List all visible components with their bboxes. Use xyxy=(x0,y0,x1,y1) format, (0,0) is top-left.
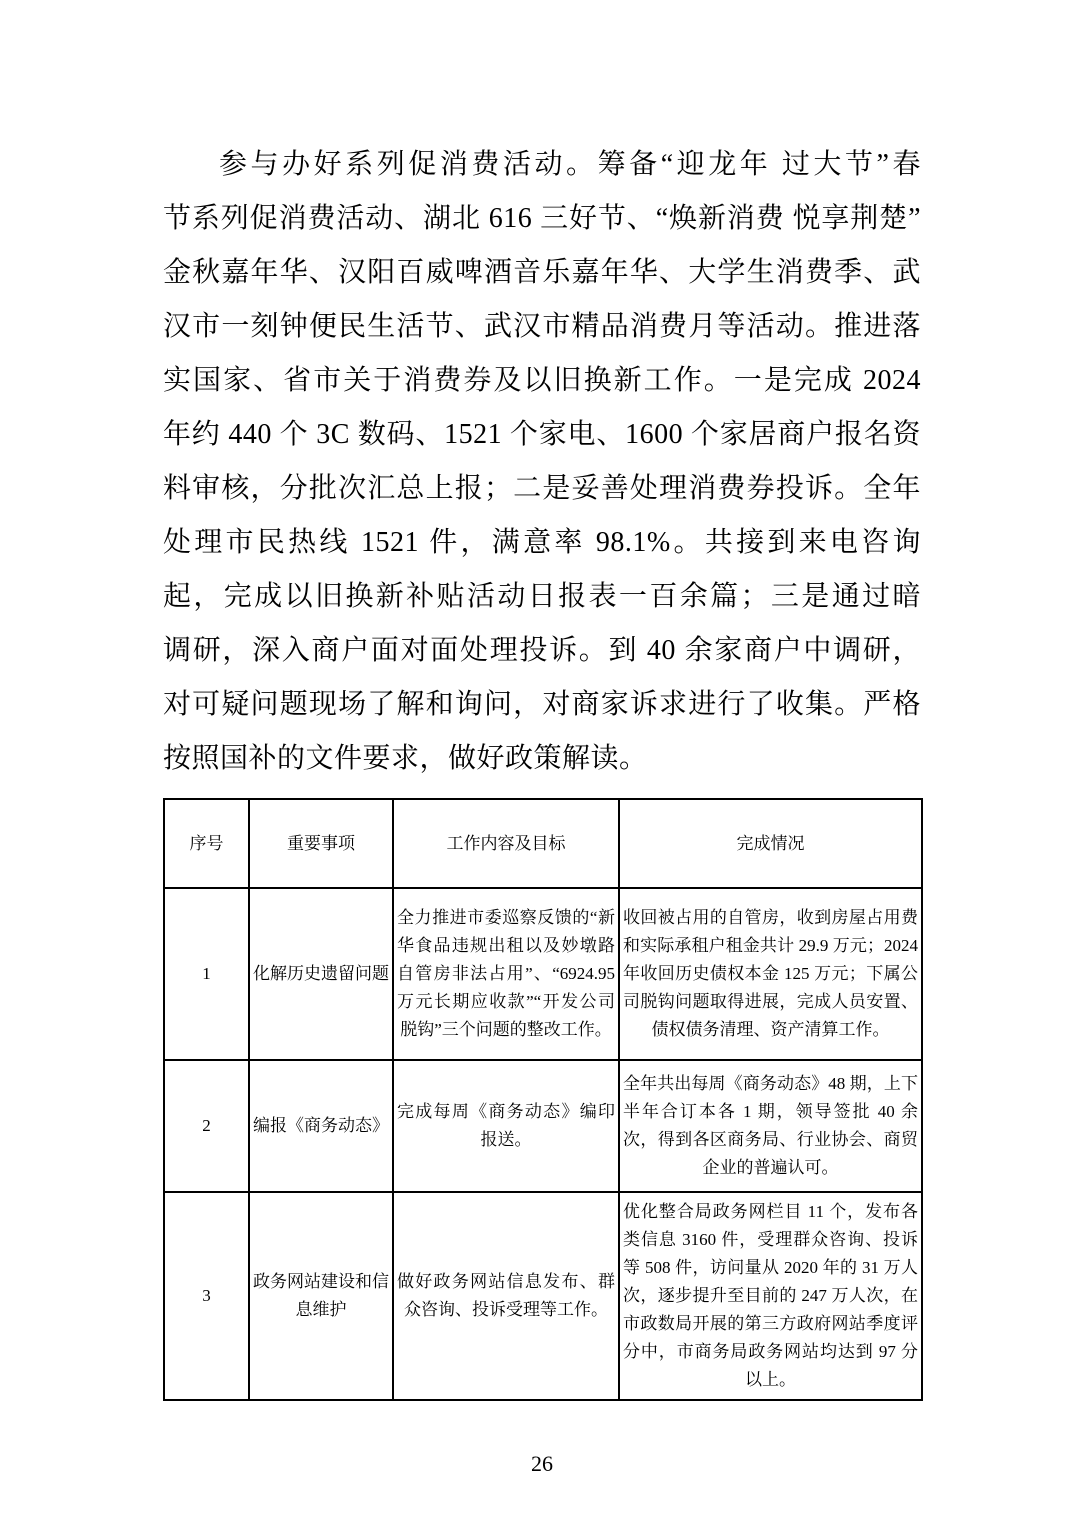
col-header-item: 重要事项 xyxy=(249,799,393,888)
cell-item: 编报《商务动态》 xyxy=(249,1060,393,1192)
cell-item: 化解历史遗留问题 xyxy=(249,888,393,1060)
cell-serial: 1 xyxy=(164,888,249,1060)
table-row-1: 1 化解历史遗留问题 全力推进市委巡察反馈的“新华食品违规出租以及妙墩路自管房非… xyxy=(164,888,922,1060)
cell-status: 优化整合局政务网栏目 11 个，发布各类信息 3160 件，受理群众咨询、投诉等… xyxy=(619,1192,922,1400)
table-row-2: 2 编报《商务动态》 完成每周《商务动态》编印报送。 全年共出每周《商务动态》4… xyxy=(164,1060,922,1192)
cell-content: 做好政务网站信息发布、群众咨询、投诉受理等工作。 xyxy=(393,1192,619,1400)
cell-serial: 3 xyxy=(164,1192,249,1400)
col-header-content: 工作内容及目标 xyxy=(393,799,619,888)
col-header-status: 完成情况 xyxy=(619,799,922,888)
page-number: 26 xyxy=(163,1451,921,1477)
body-paragraph: 参与办好系列促消费活动。筹备“迎龙年 过大节”春 节系列促消费活动、湖北 616… xyxy=(163,138,921,786)
cell-serial: 2 xyxy=(164,1060,249,1192)
paragraph-line-12: 按照国补的文件要求，做好政策解读。 xyxy=(163,732,921,786)
col-header-serial: 序号 xyxy=(164,799,249,888)
cell-item: 政务网站建设和信息维护 xyxy=(249,1192,393,1400)
cell-content: 全力推进市委巡察反馈的“新华食品违规出租以及妙墩路自管房非法占用”、“6924.… xyxy=(393,888,619,1060)
paragraph-line-1: 参与办好系列促消费活动。筹备“迎龙年 过大节”春 xyxy=(163,138,921,192)
paragraph-line-7: 料审核，分批次汇总上报；二是妥善处理消费券投诉。全年 xyxy=(163,462,921,516)
paragraph-line-6: 年约 440 个 3C 数码、1521 个家电、1600 个家居商户报名资 xyxy=(163,408,921,462)
table-row-3: 3 政务网站建设和信息维护 做好政务网站信息发布、群众咨询、投诉受理等工作。 优… xyxy=(164,1192,922,1400)
cell-status: 全年共出每周《商务动态》48 期，上下半年合订本各 1 期，领导签批 40 余次… xyxy=(619,1060,922,1192)
paragraph-line-10: 调研，深入商户面对面处理投诉。到 40 余家商户中调研， xyxy=(163,624,921,678)
paragraph-line-11: 对可疑问题现场了解和询问，对商家诉求进行了收集。严格 xyxy=(163,678,921,732)
document-page: 参与办好系列促消费活动。筹备“迎龙年 过大节”春 节系列促消费活动、湖北 616… xyxy=(0,0,1074,1520)
table-header-row: 序号 重要事项 工作内容及目标 完成情况 xyxy=(164,799,922,888)
cell-status: 收回被占用的自管房，收到房屋占用费和实际承租户租金共计 29.9 万元；2024… xyxy=(619,888,922,1060)
paragraph-line-2: 节系列促消费活动、湖北 616 三好节、“焕新消费 悦享荆楚” xyxy=(163,192,921,246)
paragraph-line-4: 汉市一刻钟便民生活节、武汉市精品消费月等活动。推进落 xyxy=(163,300,921,354)
cell-content: 完成每周《商务动态》编印报送。 xyxy=(393,1060,619,1192)
paragraph-line-9: 起，完成以旧换新补贴活动日报表一百余篇；三是通过暗访、 xyxy=(163,570,921,624)
paragraph-line-5: 实国家、省市关于消费券及以旧换新工作。一是完成 2024 xyxy=(163,354,921,408)
paragraph-line-3: 金秋嘉年华、汉阳百威啤酒音乐嘉年华、大学生消费季、武 xyxy=(163,246,921,300)
work-summary-table: 序号 重要事项 工作内容及目标 完成情况 1 化解历史遗留问题 全力推进市委巡察… xyxy=(163,798,923,1401)
paragraph-line-8: 处理市民热线 1521 件，满意率 98.1%。共接到来电咨询 3820 xyxy=(163,516,921,570)
